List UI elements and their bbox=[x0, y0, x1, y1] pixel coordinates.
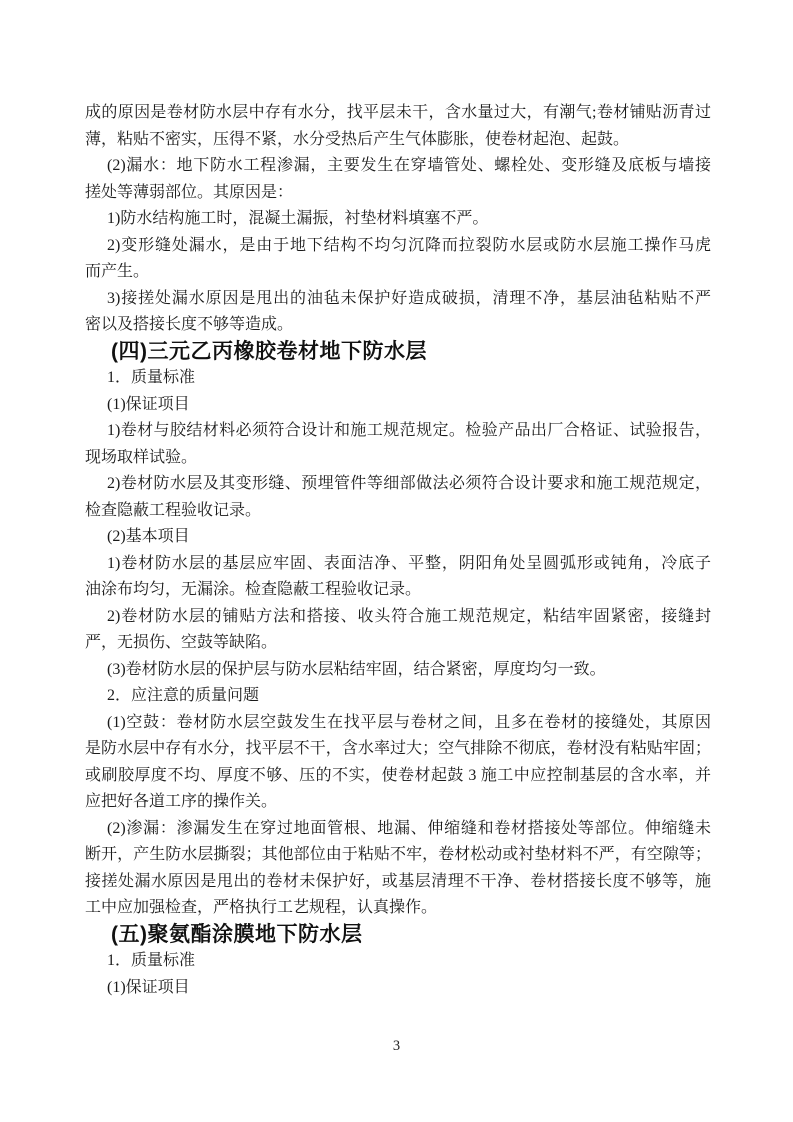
text-line: 1．质量标准 bbox=[85, 365, 711, 392]
text-line: (1)保证项目 bbox=[85, 392, 711, 419]
text-line: 而产生。 bbox=[85, 259, 711, 286]
text-line: 2．应注意的质量问题 bbox=[85, 683, 711, 710]
document-page: 成的原因是卷材防水层中存有水分，找平层未干，含水量过大，有潮气;卷材铺贴沥青过薄… bbox=[0, 0, 793, 1122]
text-line: (2)漏水：地下防水工程渗漏，主要发生在穿墙管处、螺栓处、变形缝及底板与墙接 bbox=[85, 153, 711, 180]
text-line: 1．质量标准 bbox=[85, 948, 711, 975]
text-line: 或刷胶厚度不均、厚度不够、压的不实，使卷材起鼓 3 施工中应控制基层的含水率，并 bbox=[85, 763, 711, 790]
section-heading: (四)三元乙丙橡胶卷材地下防水层 bbox=[85, 339, 711, 366]
text-line: 2)卷材防水层的铺贴方法和搭接、收头符合施工规范规定，粘结牢固紧密，接缝封 bbox=[85, 604, 711, 631]
text-line: 检查隐蔽工程验收记录。 bbox=[85, 498, 711, 525]
paragraph: 1)防水结构施工时，混凝土漏振，衬垫材料填塞不严。 bbox=[85, 206, 711, 233]
paragraph: 2)卷材防水层的铺贴方法和搭接、收头符合施工规范规定，粘结牢固紧密，接缝封严，无… bbox=[85, 604, 711, 657]
text-line: 油涂布均匀，无漏涂。检查隐蔽工程验收记录。 bbox=[85, 577, 711, 604]
text-line: 3)接搓处漏水原因是甩出的油毡未保护好造成破损，清理不净，基层油毡粘贴不严 bbox=[85, 286, 711, 313]
section-heading: (五)聚氨酯涂膜地下防水层 bbox=[85, 922, 711, 949]
paragraph: 1．质量标准 bbox=[85, 365, 711, 392]
paragraph: (2)漏水：地下防水工程渗漏，主要发生在穿墙管处、螺栓处、变形缝及底板与墙接搓处… bbox=[85, 153, 711, 206]
paragraph: 成的原因是卷材防水层中存有水分，找平层未干，含水量过大，有潮气;卷材铺贴沥青过薄… bbox=[85, 100, 711, 153]
text-line: 成的原因是卷材防水层中存有水分，找平层未干，含水量过大，有潮气;卷材铺贴沥青过 bbox=[85, 100, 711, 127]
page-number: 3 bbox=[0, 1038, 793, 1055]
text-line: (1)空鼓：卷材防水层空鼓发生在找平层与卷材之间，且多在卷材的接缝处，其原因 bbox=[85, 710, 711, 737]
text-line: 是防水层中存有水分，找平层不干，含水率过大；空气排除不彻底，卷材没有粘贴牢固； bbox=[85, 736, 711, 763]
text-line: 断开，产生防水层撕裂；其他部位由于粘贴不牢，卷材松动或衬垫材料不严，有空隙等； bbox=[85, 842, 711, 869]
paragraph: (3)卷材防水层的保护层与防水层粘结牢固，结合紧密，厚度均匀一致。 bbox=[85, 657, 711, 684]
text-line: 1)卷材与胶结材料必须符合设计和施工规范规定。检验产品出厂合格证、试验报告， bbox=[85, 418, 711, 445]
text-line: 现场取样试验。 bbox=[85, 445, 711, 472]
paragraph: 2．应注意的质量问题 bbox=[85, 683, 711, 710]
text-line: 1)防水结构施工时，混凝土漏振，衬垫材料填塞不严。 bbox=[85, 206, 711, 233]
paragraph: 2)变形缝处漏水，是由于地下结构不均匀沉降而拉裂防水层或防水层施工操作马虎而产生… bbox=[85, 233, 711, 286]
text-line: (3)卷材防水层的保护层与防水层粘结牢固，结合紧密，厚度均匀一致。 bbox=[85, 657, 711, 684]
paragraph: 3)接搓处漏水原因是甩出的油毡未保护好造成破损，清理不净，基层油毡粘贴不严密以及… bbox=[85, 286, 711, 339]
text-line: 工中应加强检查，严格执行工艺规程，认真操作。 bbox=[85, 895, 711, 922]
text-line: 严，无损伤、空鼓等缺陷。 bbox=[85, 630, 711, 657]
text-line: 密以及搭接长度不够等造成。 bbox=[85, 312, 711, 339]
text-line: (2)基本项目 bbox=[85, 524, 711, 551]
text-line: 应把好各道工序的操作关。 bbox=[85, 789, 711, 816]
text-line: (2)渗漏：渗漏发生在穿过地面管根、地漏、伸缩缝和卷材搭接处等部位。伸缩缝未 bbox=[85, 816, 711, 843]
paragraph: 1．质量标准 bbox=[85, 948, 711, 975]
paragraph: 1)卷材防水层的基层应牢固、表面洁净、平整，阴阳角处呈圆弧形或钝角，冷底子油涂布… bbox=[85, 551, 711, 604]
paragraph: 2)卷材防水层及其变形缝、预埋管件等细部做法必须符合设计要求和施工规范规定，检查… bbox=[85, 471, 711, 524]
text-line: 接搓处漏水原因是甩出的卷材未保护好，或基层清理不干净、卷材搭接长度不够等，施 bbox=[85, 869, 711, 896]
paragraph: (2)基本项目 bbox=[85, 524, 711, 551]
text-line: 薄，粘贴不密实，压得不紧，水分受热后产生气体膨胀，使卷材起泡、起鼓。 bbox=[85, 127, 711, 154]
paragraph: (1)保证项目 bbox=[85, 392, 711, 419]
paragraph: 1)卷材与胶结材料必须符合设计和施工规范规定。检验产品出厂合格证、试验报告，现场… bbox=[85, 418, 711, 471]
text-line: (1)保证项目 bbox=[85, 975, 711, 1002]
text-line: 2)变形缝处漏水，是由于地下结构不均匀沉降而拉裂防水层或防水层施工操作马虎 bbox=[85, 233, 711, 260]
paragraph: (1)保证项目 bbox=[85, 975, 711, 1002]
text-line: 2)卷材防水层及其变形缝、预埋管件等细部做法必须符合设计要求和施工规范规定， bbox=[85, 471, 711, 498]
heading-text: (五)聚氨酯涂膜地下防水层 bbox=[85, 922, 711, 949]
heading-text: (四)三元乙丙橡胶卷材地下防水层 bbox=[85, 339, 711, 366]
document-content: 成的原因是卷材防水层中存有水分，找平层未干，含水量过大，有潮气;卷材铺贴沥青过薄… bbox=[85, 100, 711, 1001]
paragraph: (1)空鼓：卷材防水层空鼓发生在找平层与卷材之间，且多在卷材的接缝处，其原因是防… bbox=[85, 710, 711, 816]
text-line: 1)卷材防水层的基层应牢固、表面洁净、平整，阴阳角处呈圆弧形或钝角，冷底子 bbox=[85, 551, 711, 578]
paragraph: (2)渗漏：渗漏发生在穿过地面管根、地漏、伸缩缝和卷材搭接处等部位。伸缩缝未断开… bbox=[85, 816, 711, 922]
text-line: 搓处等薄弱部位。其原因是： bbox=[85, 180, 711, 207]
